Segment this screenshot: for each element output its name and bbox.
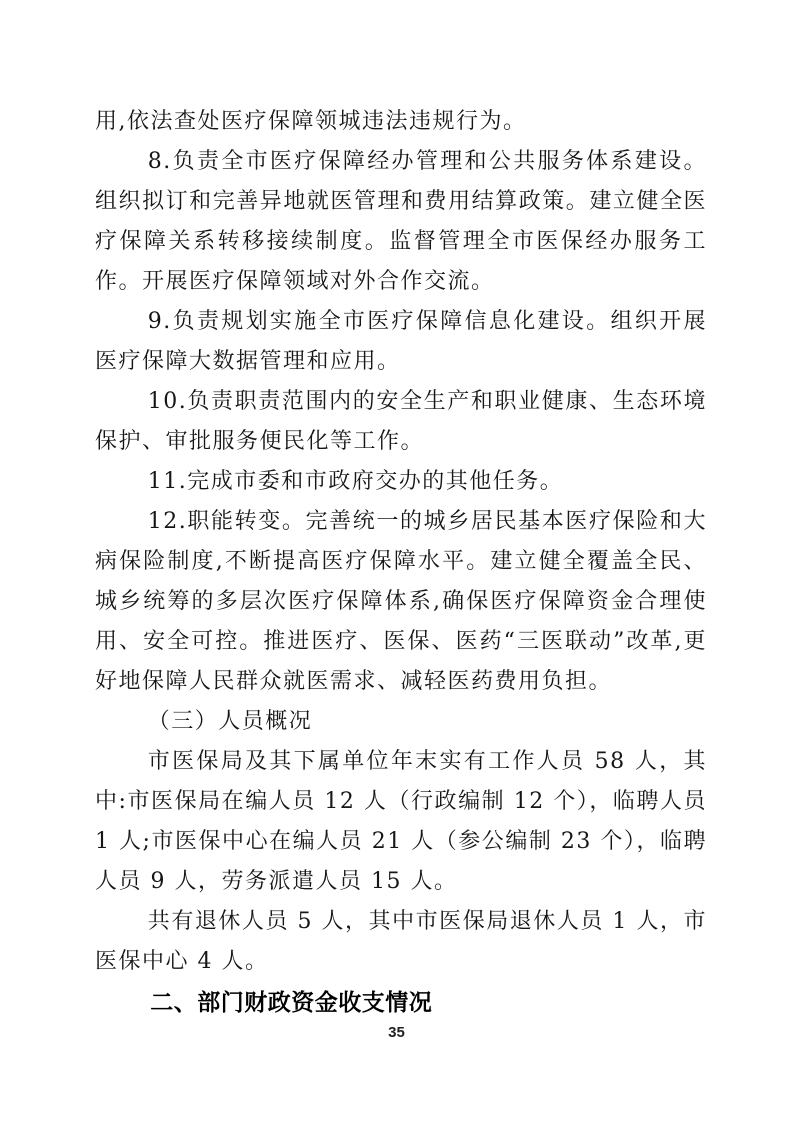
paragraph-retiree-counts: 共有退休人员 5 人，其中市医保局退休人员 1 人，市医保中心 4 人。	[95, 902, 707, 982]
subsection-heading-personnel-overview: （三）人员概况	[95, 702, 707, 742]
section-heading-fiscal-funds: 二、部门财政资金收支情况	[95, 982, 707, 1022]
document-page: 用,依法查处医疗保障领城违法违规行为。 8.负责全市医疗保障经办管理和公共服务体…	[0, 0, 793, 1122]
paragraph-duty-10: 10.负责职责范围内的安全生产和职业健康、生态环境保护、审批服务便民化等工作。	[95, 382, 707, 462]
paragraph-duty-8: 8.负责全市医疗保障经办管理和公共服务体系建设。组织拟订和完善异地就医管理和费用…	[95, 142, 707, 302]
paragraph-duty-11: 11.完成市委和市政府交办的其他任务。	[95, 462, 707, 502]
paragraph-duty-12-transformation: 12.职能转变。完善统一的城乡居民基本医疗保险和大病保险制度,不断提高医疗保障水…	[95, 502, 707, 702]
page-number: 35	[0, 1024, 793, 1042]
paragraph-staff-counts: 市医保局及其下属单位年末实有工作人员 58 人，其中:市医保局在编人员 12 人…	[95, 742, 707, 902]
document-body: 用,依法查处医疗保障领城违法违规行为。 8.负责全市医疗保障经办管理和公共服务体…	[95, 102, 707, 1022]
paragraph-duty-9: 9.负责规划实施全市医疗保障信息化建设。组织开展医疗保障大数据管理和应用。	[95, 302, 707, 382]
paragraph-continuation-enforcement: 用,依法查处医疗保障领城违法违规行为。	[95, 102, 707, 142]
